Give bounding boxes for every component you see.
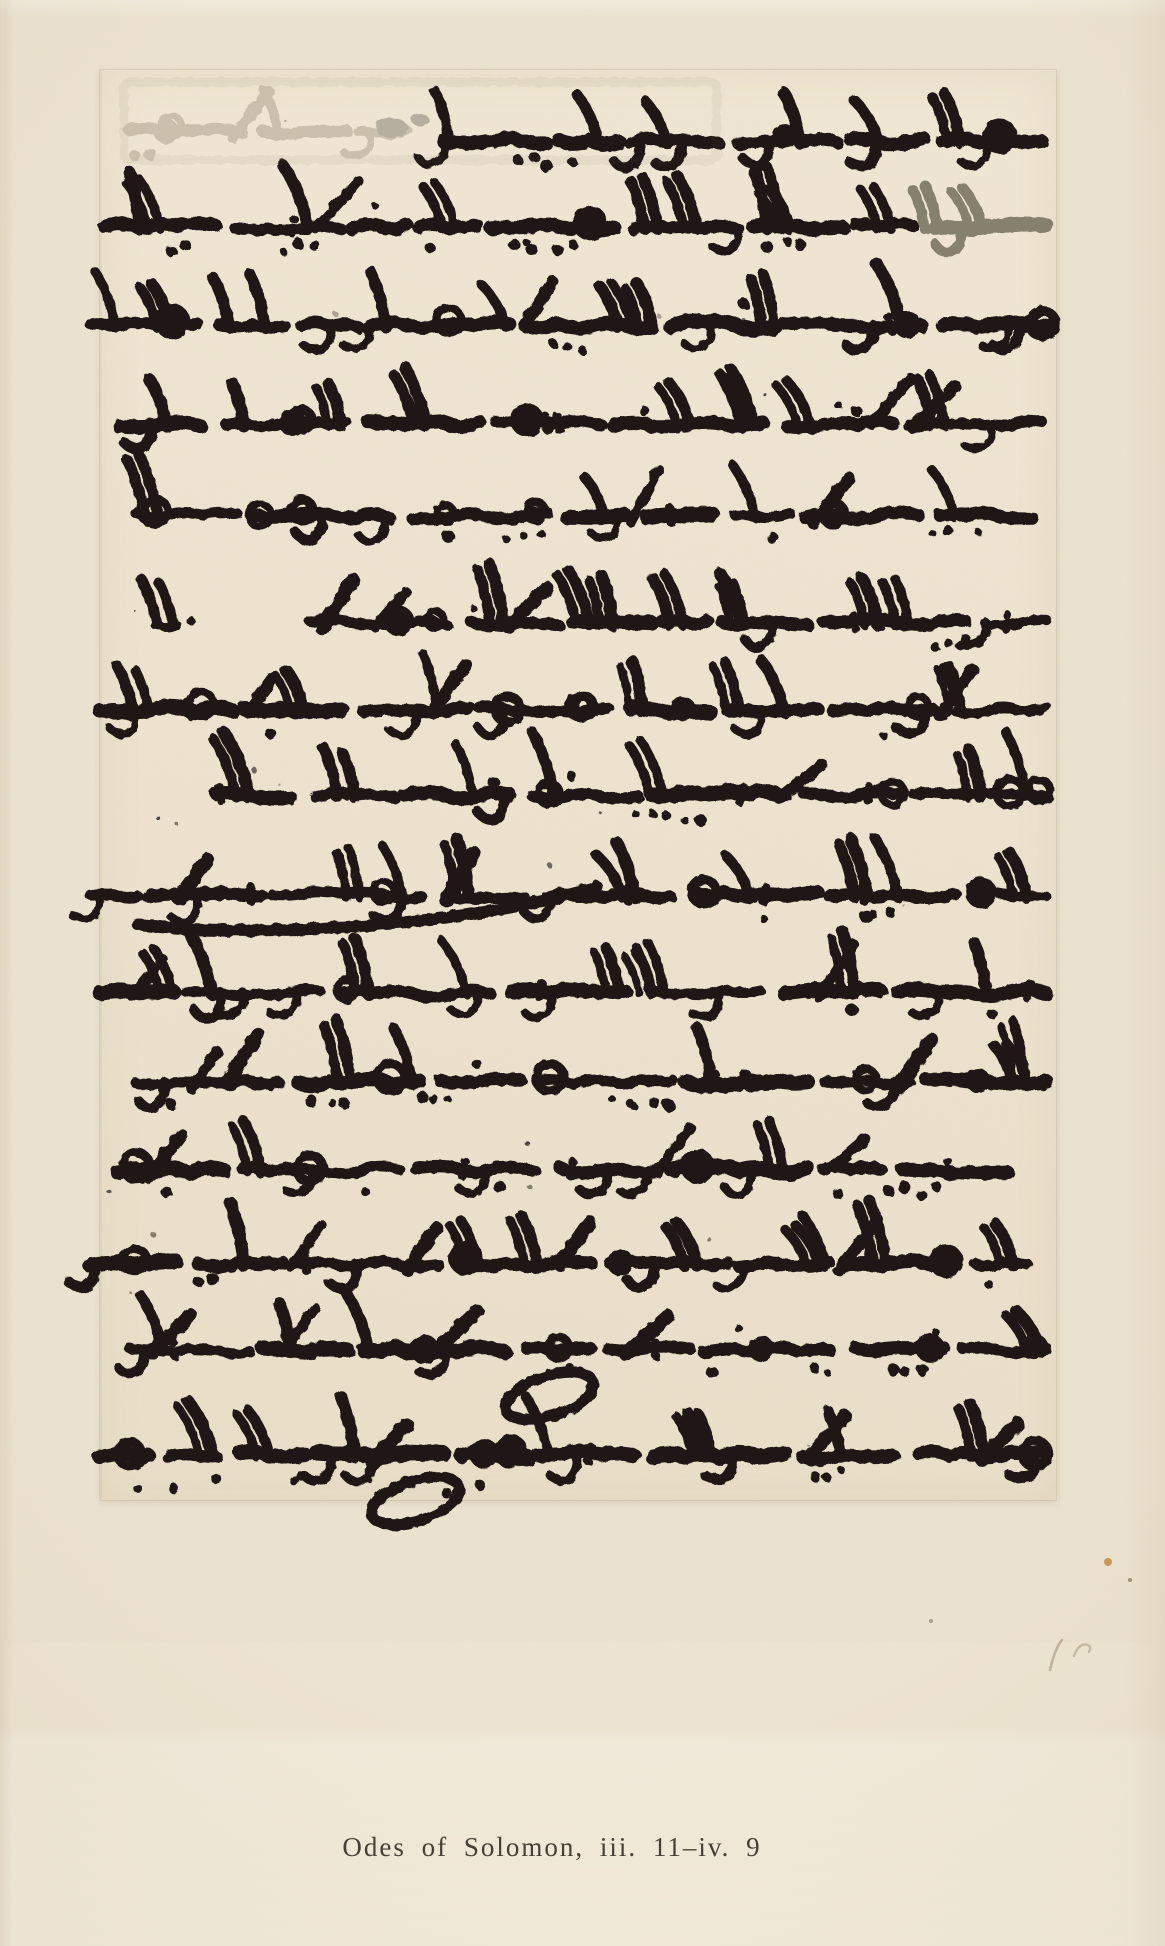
syriac-handwriting [100, 70, 1056, 1500]
foxing-spot [929, 1619, 933, 1623]
manuscript-sheet [100, 70, 1056, 1500]
foxing-spot [1128, 1578, 1132, 1582]
book-page: Odes of Solomon, iii. 11–iv. 9 [0, 0, 1165, 1946]
foxing-spot [1104, 1558, 1112, 1566]
pencil-mark [1040, 1628, 1102, 1678]
plate-caption: Odes of Solomon, iii. 11–iv. 9 [0, 1832, 1104, 1863]
